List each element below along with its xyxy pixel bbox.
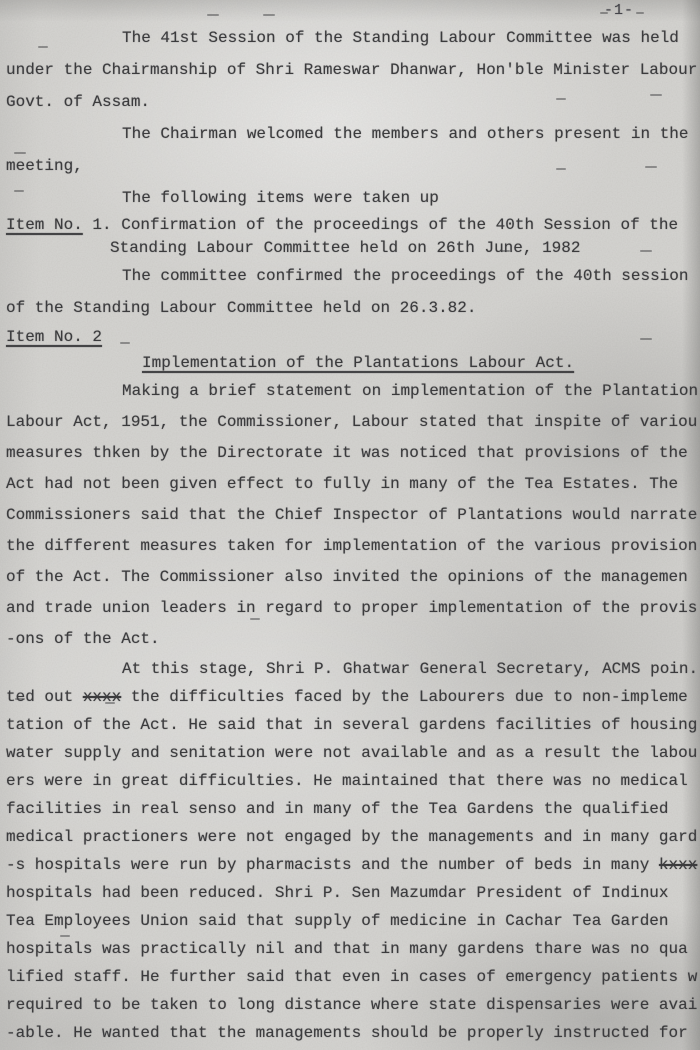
- scan-artifact-dash: [645, 166, 657, 168]
- scan-artifact-dash: [250, 618, 260, 620]
- text-line: At this stage, Shri P. Ghatwar General S…: [6, 655, 700, 683]
- scan-artifact-dash: [556, 98, 566, 100]
- scan-artifact-dash: [207, 14, 219, 16]
- text-line: hospitals had been reduced. Shri P. Sen …: [6, 879, 700, 907]
- scan-artifact-dash: [14, 190, 24, 192]
- text-line: the different measures taken for impleme…: [6, 531, 700, 562]
- scan-artifact-dash: [640, 338, 652, 340]
- text-line: Standing Labour Committee held on 26th J…: [6, 237, 700, 260]
- text-line: hospitals was practically nil and that i…: [6, 935, 700, 963]
- text-line: -able. He wanted that the managements sh…: [6, 1019, 700, 1047]
- text-line: required to be taken to long distance wh…: [6, 991, 700, 1019]
- text-line: ted out xxxx the difficulties faced by t…: [6, 683, 700, 711]
- text-line: -s hospitals were run by pharmacists and…: [6, 851, 700, 879]
- text-line: Item No. 1. Confirmation of the proceedi…: [6, 214, 700, 237]
- text-line: facilities in real senso and in many of …: [6, 795, 700, 823]
- text-line: Item No. 2: [6, 324, 700, 350]
- text-line: The 41st Session of the Standing Labour …: [6, 22, 700, 54]
- text-line: of the Standing Labour Committee held on…: [6, 292, 700, 324]
- scan-artifact-dash: [105, 702, 115, 704]
- text-line: Implementation of the Plantations Labour…: [6, 350, 700, 376]
- text-line: Commissioners said that the Chief Inspec…: [6, 500, 700, 531]
- text-line: water supply and senitation were not ava…: [6, 739, 700, 767]
- text-line: lified staff. He further said that even …: [6, 963, 700, 991]
- scan-artifact-dash: [636, 12, 644, 14]
- text-line: Making a brief statement on implementati…: [6, 376, 700, 407]
- scan-artifact-dash: [14, 152, 26, 154]
- scan-artifact-dash: [38, 46, 48, 48]
- text-line: Labour Act, 1951, the Commissioner, Labo…: [6, 407, 700, 438]
- document-page: The 41st Session of the Standing Labour …: [6, 0, 700, 1047]
- text-line: and trade union leaders in regard to pro…: [6, 593, 700, 624]
- text-line: tation of the Act. He said that in sever…: [6, 711, 700, 739]
- text-line: measures thken by the Directorate it was…: [6, 438, 700, 469]
- scan-artifact-dash: [120, 342, 130, 344]
- text-line: Tea Employees Union said that supply of …: [6, 907, 700, 935]
- scan-artifact-dash: [500, 250, 510, 252]
- text-line: -ons of the Act.: [6, 624, 700, 655]
- document-lines: The 41st Session of the Standing Labour …: [6, 22, 700, 1047]
- text-line: Govt. of Assam.: [6, 86, 700, 118]
- scan-artifact-dash: [640, 250, 652, 252]
- text-line: of the Act. The Commissioner also invite…: [6, 562, 700, 593]
- text-line: medical practioners were not engaged by …: [6, 823, 700, 851]
- text-line: under the Chairmanship of Shri Rameswar …: [6, 54, 700, 86]
- scan-artifact-dash: [600, 12, 608, 14]
- scan-artifact-dash: [60, 935, 70, 937]
- text-line: The Chairman welcomed the members and ot…: [6, 118, 700, 150]
- scan-artifact-dash: [15, 698, 25, 700]
- text-line: The following items were taken up: [6, 182, 700, 214]
- text-line: meeting,: [6, 150, 700, 182]
- scan-artifact-dash: [650, 94, 662, 96]
- text-line: Act had not been given effect to fully i…: [6, 469, 700, 500]
- text-line: ers were in great difficulties. He maint…: [6, 767, 700, 795]
- text-line: The committee confirmed the proceedings …: [6, 260, 700, 292]
- scan-artifact-dash: [556, 168, 566, 170]
- scan-artifact-dash: [263, 14, 275, 16]
